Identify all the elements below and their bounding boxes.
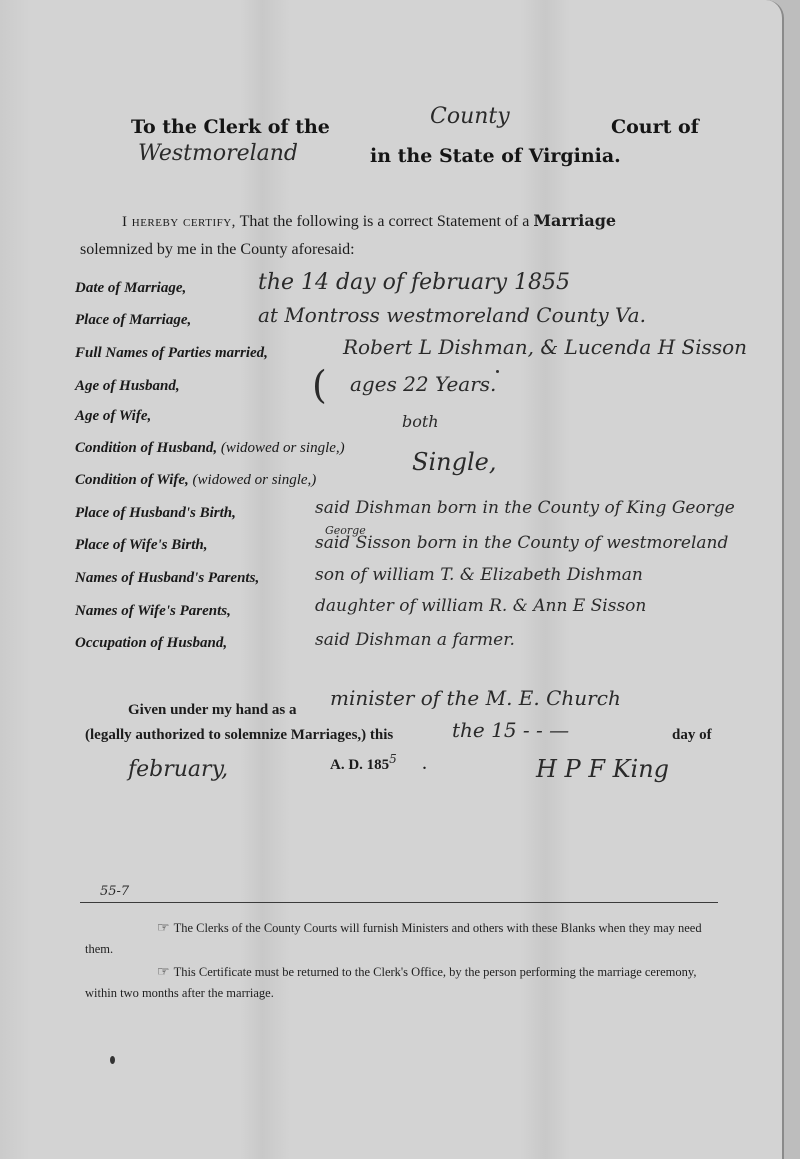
value-full-names: Robert L Dishman, & Lucenda H Sisson [343, 335, 747, 359]
given-line2-prefix: (legally authorized to solemnize Marriag… [85, 727, 393, 744]
label-place-of-marriage: Place of Marriage, [75, 312, 191, 329]
minister-signature: H P F King [536, 755, 669, 783]
paper-speck [110, 1056, 115, 1064]
paper-speck [496, 370, 499, 373]
label-husband-parents: Names of Husband's Parents, [75, 570, 259, 587]
label-condition-wife-note: (widowed or single,) [193, 472, 317, 488]
footer-note-2-text: This Certificate must be returned to the… [85, 965, 696, 1000]
bracket-symbol: ( [312, 363, 327, 407]
pointing-hand-icon: ☞ [121, 919, 170, 939]
given-year: A. D. 1855 . [330, 752, 426, 774]
certify-lead: I hereby certify, [122, 214, 236, 230]
header-line1-suffix: Court of [611, 116, 699, 138]
given-month-value: february, [128, 757, 228, 782]
certify-bold-word: Marriage [533, 211, 616, 230]
given-period: . [423, 757, 427, 773]
label-condition-wife-text: Condition of Wife, [75, 472, 189, 488]
footer-note-1-text: The Clerks of the County Courts will fur… [85, 921, 702, 956]
header-line2-suffix: in the State of Virginia. [370, 145, 621, 167]
value-wife-parents: daughter of william R. & Ann E Sisson [315, 596, 646, 616]
given-year-prefix: A. D. 185 [330, 757, 389, 773]
footer-note-2: ☞This Certificate must be returned to th… [85, 962, 720, 1003]
value-condition: Single, [412, 448, 496, 476]
certify-line2: solemnized by me in the County aforesaid… [80, 241, 355, 259]
label-age-wife: Age of Wife, [75, 408, 151, 425]
label-date-of-marriage: Date of Marriage, [75, 280, 186, 297]
value-husband-parents: son of william T. & Elizabeth Dishman [315, 565, 643, 585]
given-line2-suffix: day of [672, 727, 712, 744]
record-number: 55-7 [100, 884, 129, 899]
header-line1-prefix: To the Clerk of the [131, 116, 330, 138]
label-full-names: Full Names of Parties married, [75, 345, 268, 362]
label-wife-birth: Place of Wife's Birth, [75, 537, 208, 554]
label-condition-husband-text: Condition of Husband, [75, 440, 217, 456]
label-condition-wife: Condition of Wife, (widowed or single,) [75, 472, 316, 489]
value-wife-birth: said Sisson born in the County of westmo… [315, 533, 728, 553]
value-age-wife: both [402, 412, 439, 431]
footer-divider [80, 902, 718, 903]
certify-line1: I hereby certify, That the following is … [122, 211, 616, 231]
value-age-husband: ages 22 Years. [350, 372, 496, 396]
value-husband-birth: said Dishman born in the County of King … [315, 498, 735, 518]
value-date-of-marriage: the 14 day of february 1855 [258, 270, 570, 295]
given-line1-value: minister of the M. E. Church [330, 686, 621, 710]
value-place-of-marriage: at Montross westmoreland County Va. [258, 303, 646, 327]
given-year-value: 5 [389, 752, 397, 766]
certificate-page: To the Clerk of the County Court of West… [0, 0, 784, 1159]
footer-note-1: ☞The Clerks of the County Courts will fu… [85, 918, 720, 959]
label-husband-birth: Place of Husband's Birth, [75, 505, 236, 522]
label-condition-husband-note: (widowed or single,) [221, 440, 345, 456]
given-line2-value: the 15 - - — [452, 718, 569, 742]
given-month-text: february, [128, 757, 228, 782]
county-handwritten: Westmoreland [138, 141, 298, 166]
court-type-handwritten: County [430, 104, 510, 129]
label-age-husband: Age of Husband, [75, 378, 180, 395]
pointing-hand-icon: ☞ [121, 963, 170, 983]
label-condition-husband: Condition of Husband, (widowed or single… [75, 440, 345, 457]
label-occupation: Occupation of Husband, [75, 635, 227, 652]
given-line1-prefix: Given under my hand as a [128, 702, 297, 719]
certify-text: That the following is a correct Statemen… [240, 213, 530, 230]
value-occupation: said Dishman a farmer. [315, 630, 515, 650]
label-wife-parents: Names of Wife's Parents, [75, 603, 231, 620]
